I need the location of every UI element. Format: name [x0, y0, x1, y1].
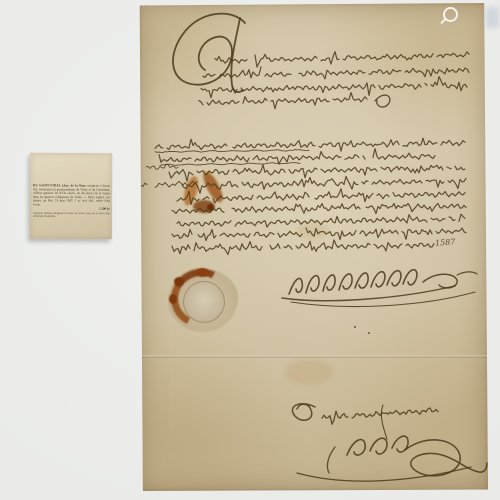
catalog-card-text-block: DU SAINT-VIDAL (Ant. de la Tour, seigneu…: [33, 184, 110, 237]
handwriting-line: [159, 149, 435, 164]
handwriting-line: [155, 150, 309, 153]
catalog-footnote: Quelques défauts atteignant le texte; au…: [33, 212, 110, 219]
handwriting-line: [199, 93, 367, 109]
manuscript-sheet: 1587: [139, 3, 488, 491]
catalog-entry: DU SAINT-VIDAL (Ant. de la Tour, seigneu…: [33, 184, 110, 207]
generated-script-lines: [141, 52, 469, 425]
magnifier-icon[interactable]: [443, 7, 458, 22]
manuscript-date: 1587: [435, 237, 456, 247]
handwriting-line: [169, 165, 465, 181]
handwriting-line: [172, 228, 466, 241]
handwriting-line: [141, 181, 197, 187]
countersignature: [297, 436, 487, 481]
handwriting-line: [172, 204, 466, 214]
catalog-card: DU SAINT-VIDAL (Ant. de la Tour, seigneu…: [30, 153, 112, 239]
photo-scene: DU SAINT-VIDAL (Ant. de la Tour, seigneu…: [0, 0, 500, 500]
paragraph-end-flourish: [375, 95, 390, 107]
handwriting-line: [182, 177, 466, 194]
catalog-entry-body: seigneur et baron de), lieutenant au gou…: [33, 184, 110, 206]
handwriting-line: [322, 408, 438, 424]
handwriting-line: [177, 189, 465, 205]
closing-line-flourish: [292, 404, 387, 439]
handwriting-line: [215, 52, 469, 67]
handwriting-line: [203, 67, 469, 79]
handwriting-line: [172, 240, 434, 255]
handwriting-line: [155, 138, 465, 151]
opening-initial-flourish: [173, 14, 245, 92]
edge-watermark: [486, 7, 499, 28]
handwriting-line: [177, 214, 465, 227]
catalog-price: 1.200 fr.: [33, 207, 110, 211]
handwriting-line: [201, 77, 467, 98]
main-signature: [282, 270, 477, 307]
